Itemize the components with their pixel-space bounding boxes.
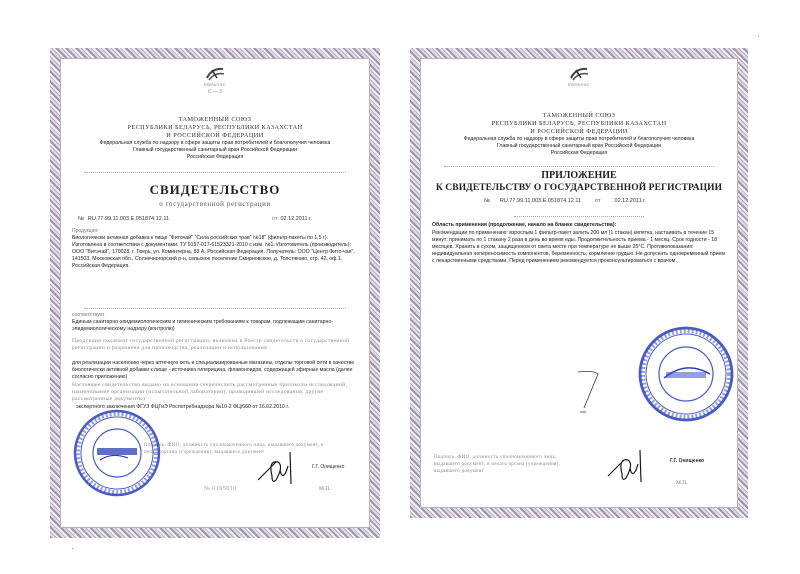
company-seal-icon bbox=[636, 324, 736, 424]
eurasec-emblem-icon bbox=[568, 66, 590, 82]
header-line-3: и Российской Федерации bbox=[424, 128, 734, 136]
product-section: Продукция: Биологически активная добавка… bbox=[72, 228, 358, 270]
header-line-3: и Российской Федерации bbox=[64, 132, 366, 140]
header-line-4: Федеральная служба по надзору в сфере за… bbox=[424, 136, 734, 143]
number-label: № bbox=[484, 198, 490, 204]
divider bbox=[84, 172, 346, 173]
compliance-label: соответствует bbox=[72, 312, 104, 318]
header-line-1: Таможенный союз bbox=[424, 112, 734, 120]
certificate-number: RU.77.99.11.003.Е.051874.12.11 bbox=[88, 216, 169, 222]
divider bbox=[84, 308, 346, 309]
header-line-1: Таможенный союз bbox=[64, 116, 366, 124]
signer-name: Г.Г. Онищенко bbox=[312, 464, 344, 470]
scan-speck bbox=[72, 548, 73, 549]
usage-scope: для реализации населению через аптечную … bbox=[72, 360, 358, 381]
divider bbox=[444, 166, 714, 167]
certificate-title: СВИДЕТЕЛЬСТВО bbox=[64, 182, 366, 198]
header-line-4: Федеральная служба по надзору в сфере за… bbox=[64, 140, 366, 147]
form-number: № 0165010 bbox=[204, 486, 237, 492]
seal-place: М.П. bbox=[319, 486, 331, 492]
appendix-subtitle: К СВИДЕТЕЛЬСТВУ О ГОСУДАРСТВЕННОЙ РЕГИСТ… bbox=[424, 183, 734, 193]
compliance-section: соответствует Единым санитарно-эпидемиол… bbox=[72, 312, 358, 333]
header-line-6: Российская Федерация bbox=[424, 150, 734, 157]
number-label: № bbox=[78, 216, 84, 222]
scan-speck bbox=[758, 36, 759, 37]
appendix-number: RU.77.99.11.003.Е.051874.12.11 bbox=[500, 198, 581, 204]
signer-name: Г.Г. Онищенко bbox=[670, 458, 704, 464]
product-description: Биологически активная добавка к пище "Фи… bbox=[72, 235, 355, 269]
certificate-subtitle: о государственной регистрации bbox=[64, 200, 366, 208]
certificate-header: Таможенный союз Республики Беларусь, Рес… bbox=[64, 116, 366, 161]
appendix-content: ЕВРАЗЭС Таможенный союз Республики Белар… bbox=[424, 62, 734, 504]
logo-caption: ЕВРАЗЭС bbox=[204, 82, 226, 87]
appendix-page: ЕВРАЗЭС Таможенный союз Республики Белар… bbox=[410, 48, 748, 518]
appendix-number-line: № RU.77.99.11.003.Е.051874.12.11 от 02.1… bbox=[484, 198, 720, 204]
product-label: Продукция: bbox=[72, 228, 98, 234]
appendix-header: Таможенный союз Республики Беларусь, Рес… bbox=[424, 112, 734, 157]
header-line-2: Республики Беларусь, Республики Казахста… bbox=[64, 124, 366, 132]
company-seal-icon bbox=[72, 408, 162, 498]
logo-caption: ЕВРАЗЭС bbox=[568, 82, 590, 87]
divider bbox=[514, 216, 644, 217]
header-line-2: Республики Беларусь, Республики Казахста… bbox=[424, 120, 734, 128]
appendix-date: 02.12.2011 г. bbox=[615, 198, 647, 204]
registration-note: Продукция подлежит государственной регис… bbox=[72, 338, 358, 352]
compliance-text: Единым санитарно-эпидемиологическим и ги… bbox=[72, 319, 333, 332]
eurasec-emblem-icon bbox=[204, 66, 226, 82]
header-line-5: Главный государственный санитарный врач … bbox=[424, 143, 734, 150]
form-series: С — 3 bbox=[204, 89, 226, 95]
eurasec-logo: ЕВРАЗЭС С — 3 bbox=[204, 66, 226, 95]
scope-label: Область применения (продолжение, начало … bbox=[432, 222, 726, 229]
certificate-content: ЕВРАЗЭС С — 3 Таможенный союз Республики… bbox=[64, 62, 366, 524]
appendix-title: ПРИЛОЖЕНИЕ bbox=[424, 170, 734, 181]
handwritten-mark bbox=[574, 368, 604, 418]
date-label: от bbox=[272, 216, 277, 222]
certificate-page: ЕВРАЗЭС С — 3 Таможенный союз Республики… bbox=[50, 48, 380, 538]
header-line-6: Российская Федерация bbox=[64, 154, 366, 161]
signature-caption: Подпись, ФИО, должность уполномоченного … bbox=[144, 442, 336, 456]
date-label: от bbox=[595, 198, 600, 204]
eurasec-logo: ЕВРАЗЭС bbox=[568, 66, 590, 87]
certificate-number-line: № RU.77.99.11.003.Е.051874.12.11 от 02.1… bbox=[78, 216, 352, 222]
certificate-date: 02.12.2011 г. bbox=[280, 216, 312, 222]
signature-mark bbox=[604, 440, 654, 490]
signature-mark bbox=[254, 440, 304, 490]
seal-place: М.П. bbox=[676, 480, 688, 486]
scope-text: Рекомендации по применению: взрослым 1 ф… bbox=[432, 230, 726, 265]
basis-note: Настоящее свидетельство выдано на основа… bbox=[72, 382, 358, 403]
signature-caption: Подпись, ФИО, должность уполномоченного … bbox=[434, 454, 564, 475]
header-line-5: Главный государственный санитарный врач … bbox=[64, 147, 366, 154]
